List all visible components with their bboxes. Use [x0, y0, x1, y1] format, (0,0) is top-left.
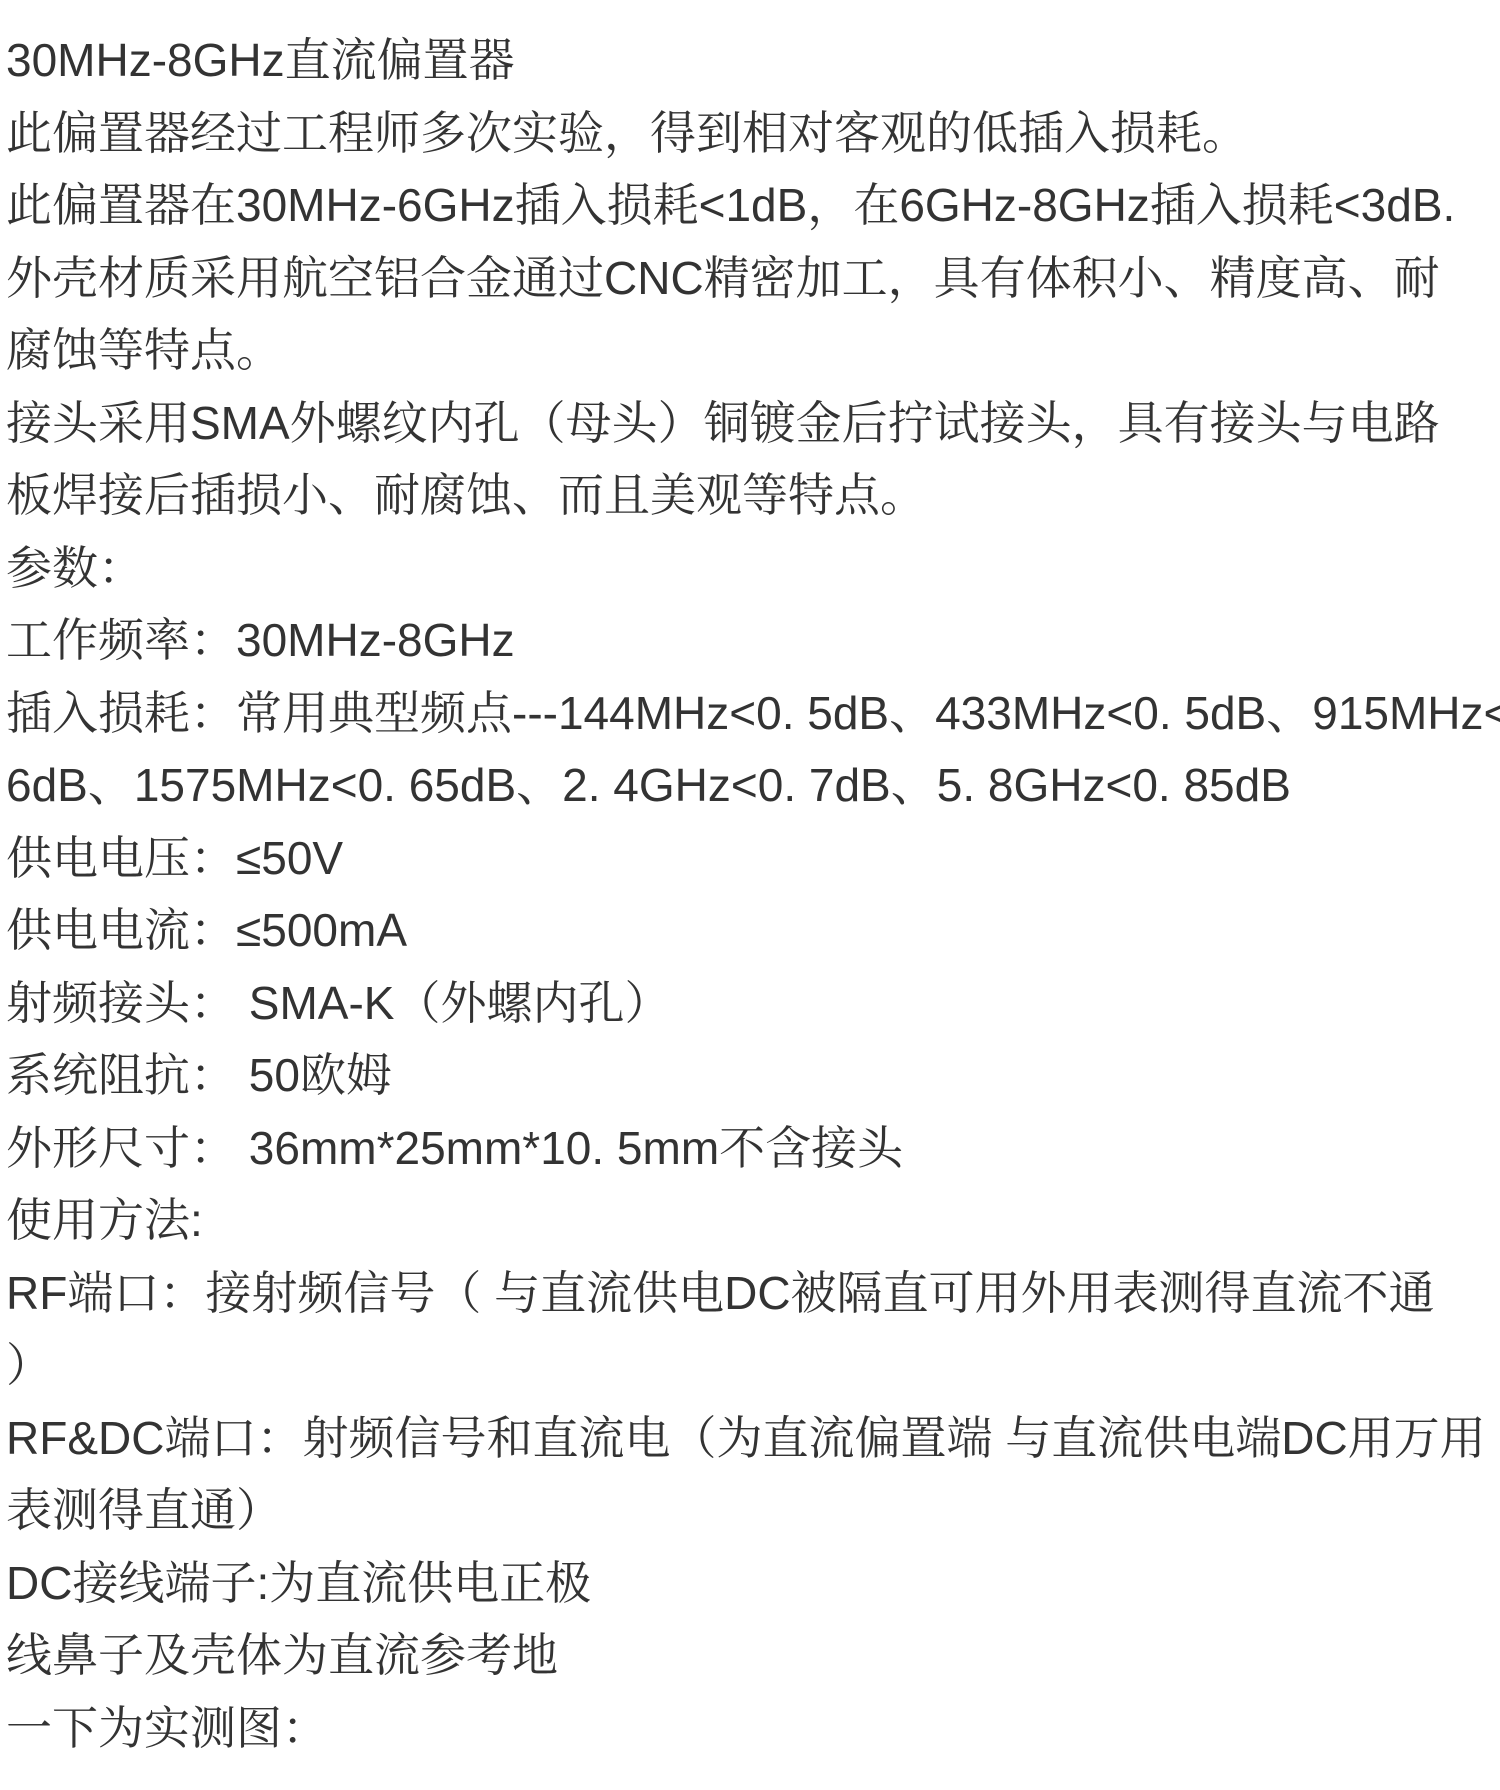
- text-line: 板焊接后插损小、耐腐蚀、而且美观等特点。: [6, 459, 1498, 532]
- section-heading-parameters: 参数：: [6, 532, 1498, 605]
- product-title: 30MHz-8GHz直流偏置器: [6, 24, 1498, 97]
- text-line: 此偏置器经过工程师多次实验，得到相对客观的低插入损耗。: [6, 97, 1498, 170]
- spec-insertion-loss-cont: 6dB、1575MHz<0. 65dB、2. 4GHz<0. 7dB、5. 8G…: [6, 749, 1498, 822]
- product-description-document: 30MHz-8GHz直流偏置器 此偏置器经过工程师多次实验，得到相对客观的低插入…: [0, 0, 1500, 1790]
- text-line: 此偏置器在30MHz-6GHz插入损耗<1dB，在6GHz-8GHz插入损耗<3…: [6, 169, 1498, 242]
- usage-ground-note: 线鼻子及壳体为直流参考地: [6, 1619, 1498, 1692]
- spec-dimensions: 外形尺寸： 36mm*25mm*10. 5mm不含接头: [6, 1112, 1498, 1185]
- usage-rfdc-port: RF&DC端口：射频信号和直流电（为直流偏置端 与直流供电端DC用万用: [6, 1402, 1498, 1475]
- usage-rfdc-port-cont: 表测得直通）: [6, 1474, 1498, 1547]
- section-heading-usage: 使用方法:: [6, 1184, 1498, 1257]
- text-line: 外壳材质采用航空铝合金通过CNC精密加工，具有体积小、精度高、耐: [6, 242, 1498, 315]
- measured-figure-caption: 一下为实测图：: [6, 1692, 1498, 1765]
- text-line: 接头采用SMA外螺纹内孔（母头）铜镀金后拧试接头，具有接头与电路: [6, 387, 1498, 460]
- spec-supply-voltage: 供电电压：≤50V: [6, 822, 1498, 895]
- spec-rf-connector: 射频接头： SMA-K（外螺内孔）: [6, 967, 1498, 1040]
- spec-system-impedance: 系统阻抗： 50欧姆: [6, 1039, 1498, 1112]
- usage-rf-port: RF端口：接射频信号（ 与直流供电DC被隔直可用外用表测得直流不通: [6, 1257, 1498, 1330]
- usage-rf-port-cont: ）: [6, 1329, 1498, 1402]
- usage-dc-terminal: DC接线端子:为直流供电正极: [6, 1547, 1498, 1620]
- spec-insertion-loss: 插入损耗：常用典型频点---144MHz<0. 5dB、433MHz<0. 5d…: [6, 677, 1498, 750]
- text-line: 腐蚀等特点。: [6, 314, 1498, 387]
- spec-working-frequency: 工作频率：30MHz-8GHz: [6, 604, 1498, 677]
- spec-supply-current: 供电电流：≤500mA: [6, 894, 1498, 967]
